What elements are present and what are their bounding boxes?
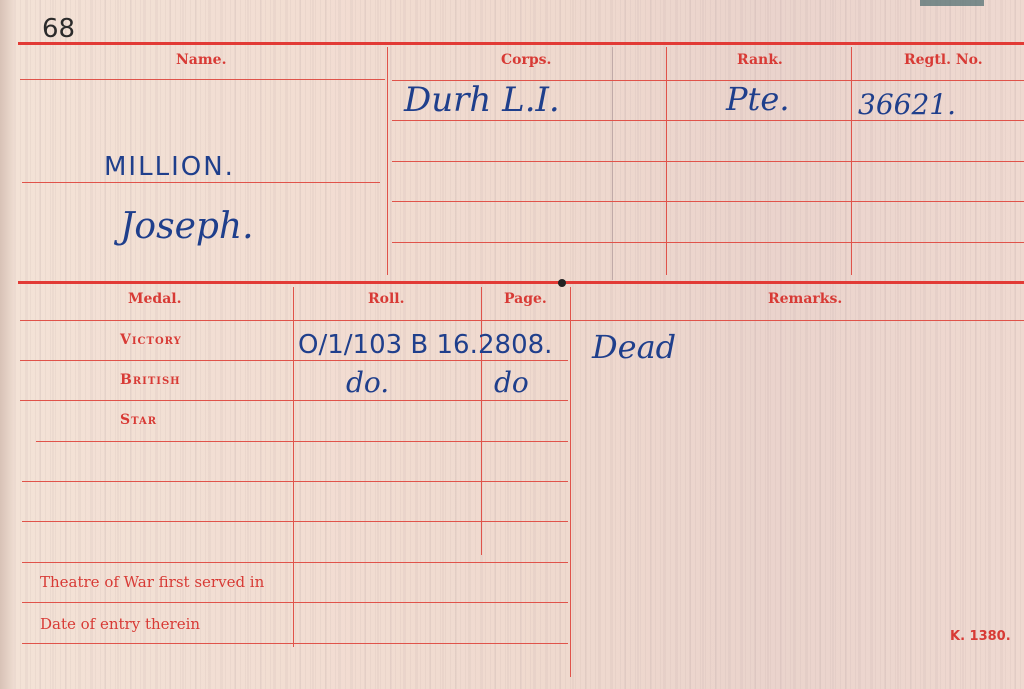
divider-medal-roll: [293, 287, 294, 647]
victory-page-entry: 2808.: [478, 330, 552, 360]
medal-british: British: [120, 372, 181, 388]
remarks-label: Remarks.: [768, 291, 842, 307]
regtl-no-entry: 36621.: [858, 88, 956, 121]
name-header-rule: [20, 79, 385, 80]
medal-rule-4: [22, 481, 568, 482]
card-number: 68: [42, 14, 75, 44]
corps-entry: Durh L.I.: [404, 80, 560, 120]
roll-label: Roll.: [368, 291, 404, 307]
name-row-rule: [22, 182, 380, 183]
forename-entry: Joseph.: [120, 206, 254, 247]
remarks-entry: Dead: [592, 328, 676, 366]
divider-name-corps: [387, 47, 388, 275]
divider-page-remarks: [570, 287, 571, 677]
rank-label: Rank.: [737, 52, 783, 68]
grid-rule-3: [392, 161, 1024, 162]
card-edge: [0, 0, 14, 689]
top-rule: [18, 42, 1024, 45]
grid-rule-5: [392, 242, 1024, 243]
date-of-entry-label: Date of entry therein: [40, 615, 200, 633]
corps-label: Corps.: [501, 52, 551, 68]
medal-rule-3: [36, 441, 568, 442]
divider-roll-page: [481, 287, 482, 555]
punch-hole: [558, 279, 566, 287]
medal-index-card: 68 Name. Corps. Rank. Regtl. No. MILLION…: [0, 0, 1024, 689]
medal-rule-1: [20, 360, 568, 361]
theatre-of-war-label: Theatre of War first served in: [40, 573, 264, 591]
medal-rule-8: [22, 643, 568, 644]
medal-victory: Victory: [120, 332, 182, 348]
medal-header-rule: [20, 320, 1024, 321]
form-reference: K. 1380.: [950, 629, 1011, 644]
medal-label: Medal.: [128, 291, 181, 307]
paper-fold: [612, 47, 613, 280]
grid-rule-4: [392, 201, 1024, 202]
british-page-entry: do: [494, 366, 529, 399]
rank-entry: Pte.: [726, 80, 790, 118]
surname-entry: MILLION.: [104, 152, 235, 182]
medal-rule-5: [22, 521, 568, 522]
medal-rule-6: [22, 562, 568, 563]
regtl-no-label: Regtl. No.: [904, 52, 983, 68]
middle-rule: [18, 281, 1024, 284]
victory-roll-entry: O/1/103 B 16.: [298, 330, 478, 360]
name-label: Name.: [176, 52, 226, 68]
top-stamp-mark: [920, 0, 984, 6]
british-roll-entry: do.: [346, 366, 389, 399]
medal-rule-7: [22, 602, 568, 603]
medal-rule-2: [20, 400, 568, 401]
medal-star: Star: [120, 412, 157, 428]
page-label: Page.: [504, 291, 547, 307]
